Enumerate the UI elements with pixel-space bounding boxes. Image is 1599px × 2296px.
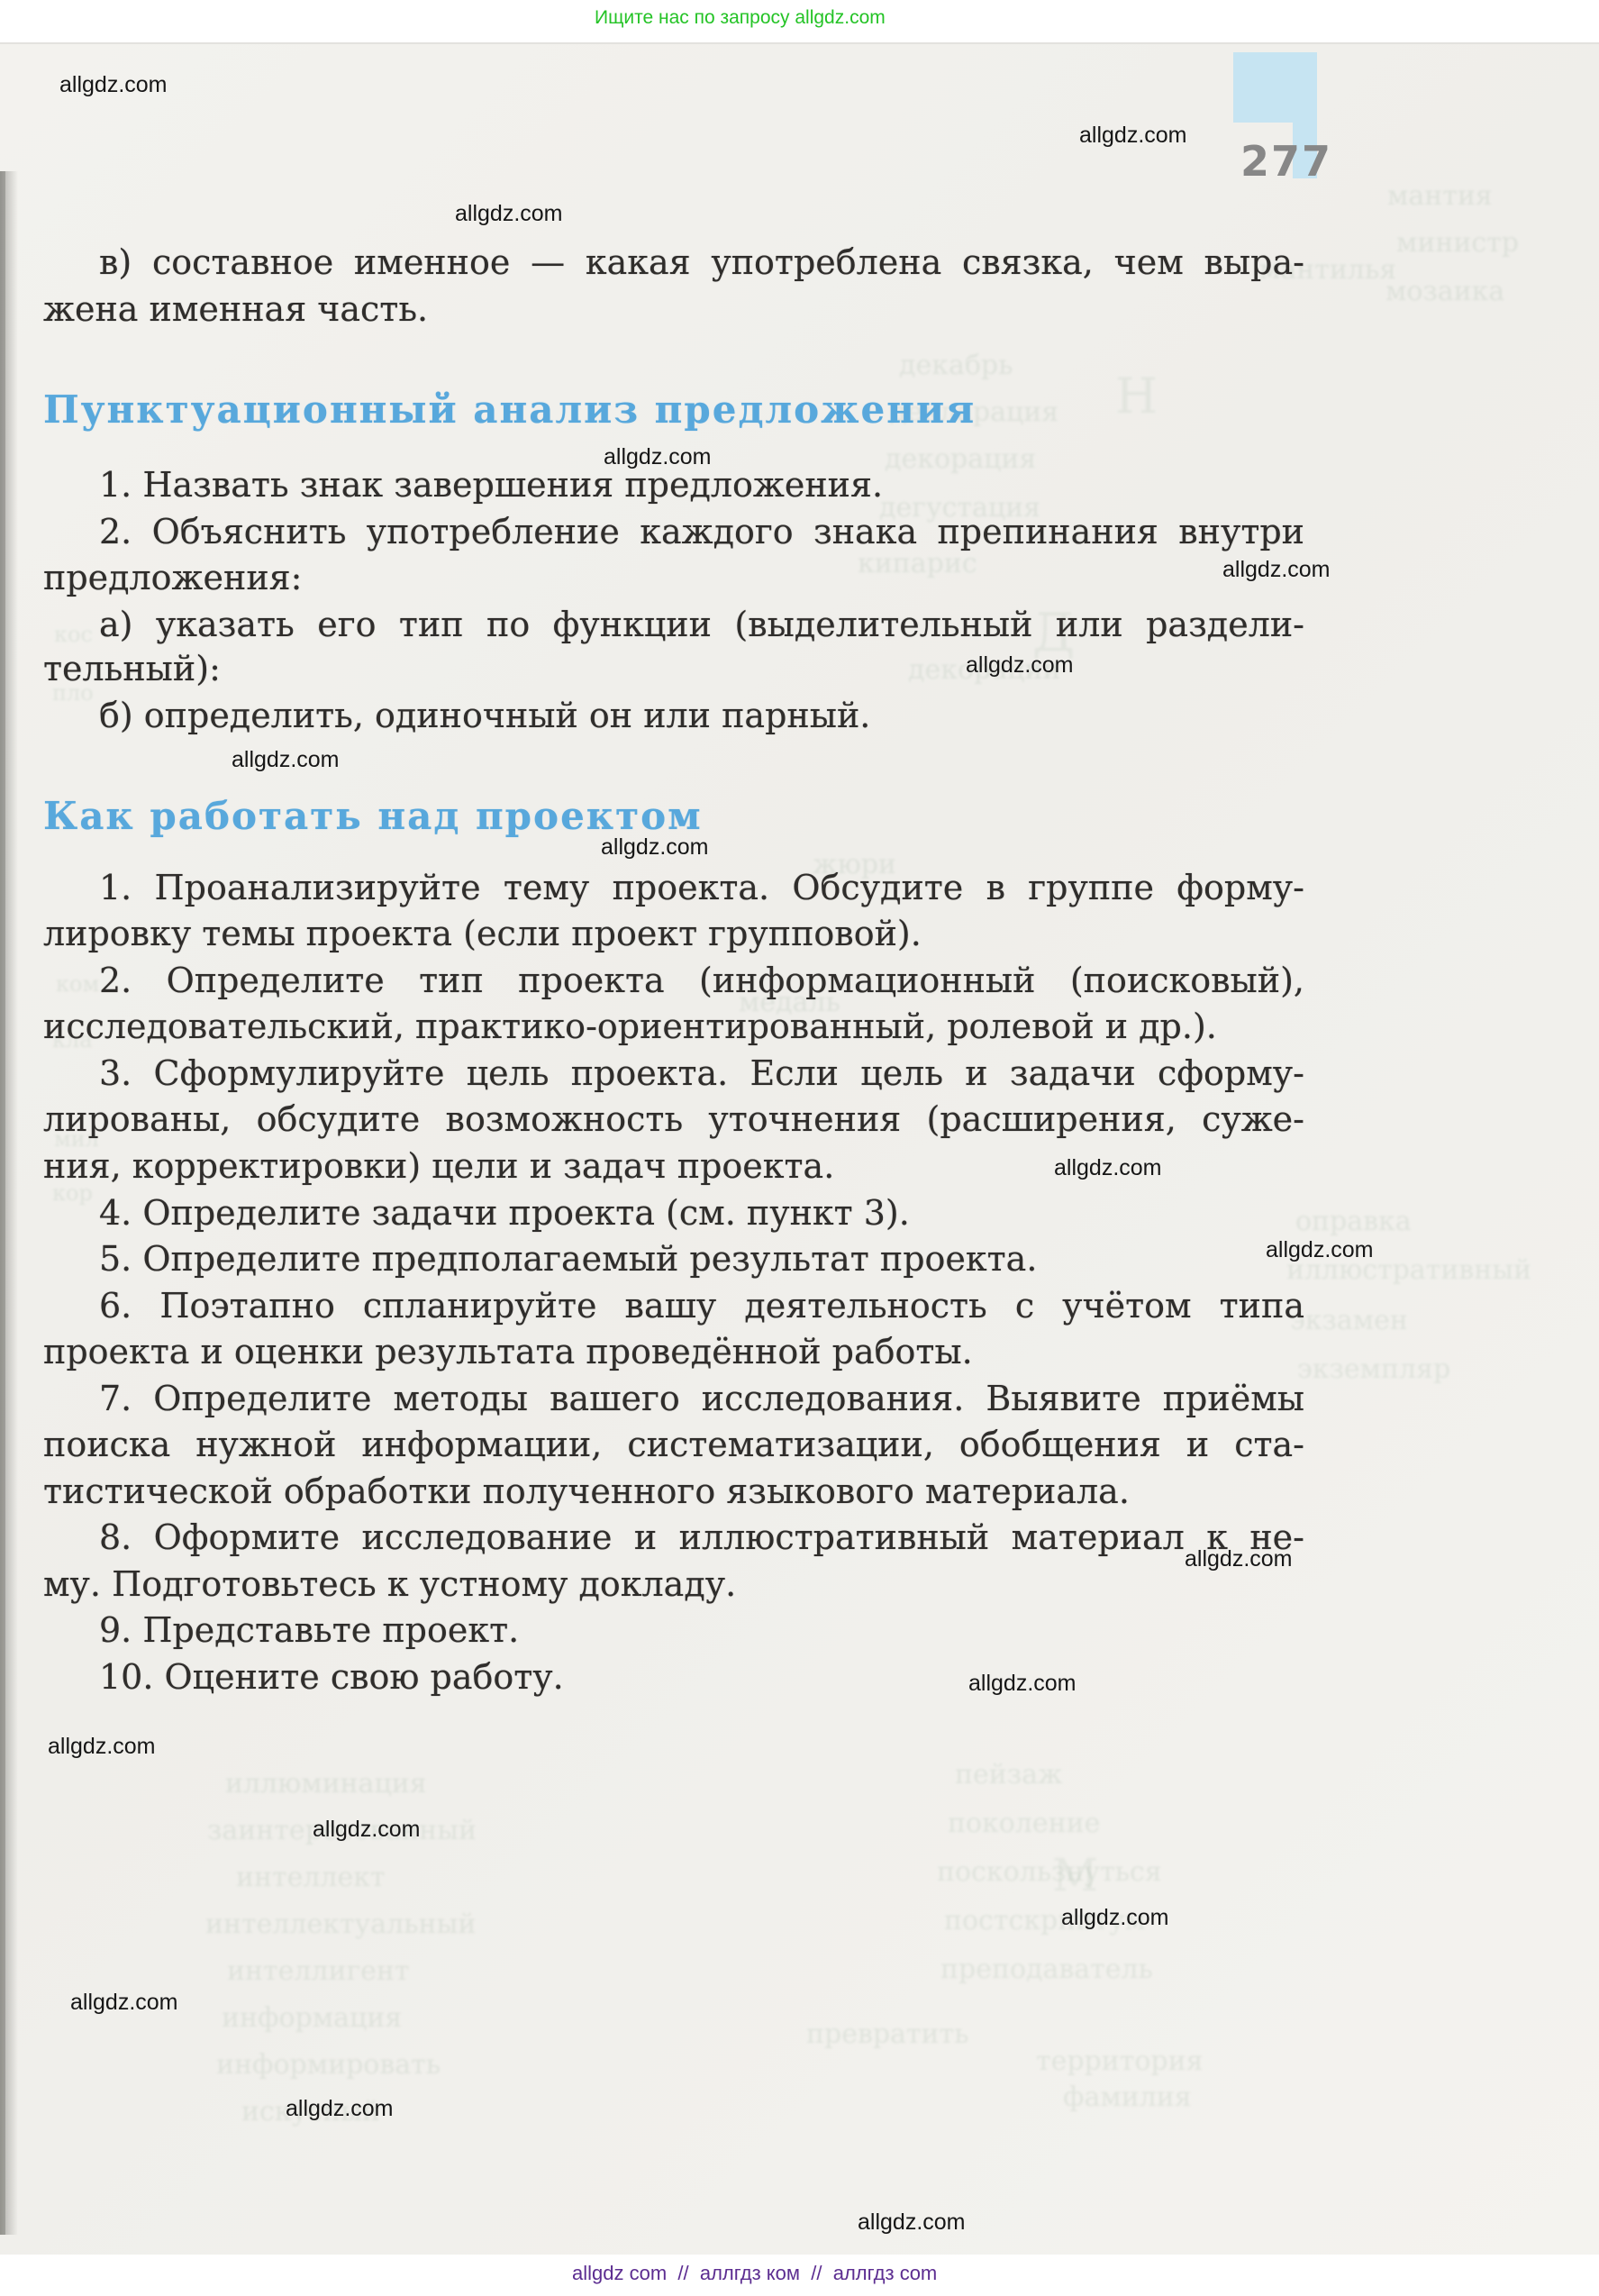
ghost-text: фамилия [1063, 2082, 1192, 2113]
text-line: 4. Определите задачи проекта (см. пункт … [43, 1190, 1304, 1235]
page-edge-line [0, 42, 1599, 44]
text-line: жена именная часть. [43, 287, 1304, 332]
watermark: allgdz.com [601, 834, 709, 861]
text-line: б) определить, одиночный он или парный. [43, 693, 1304, 738]
ghost-text: министр [1396, 227, 1519, 259]
watermark: allgdz.com [858, 2209, 966, 2236]
text-line: исследовательский, практико-ориентирован… [43, 1004, 1304, 1049]
watermark: allgdz.com [70, 1990, 178, 2016]
watermark: allgdz.com [1061, 1905, 1169, 1931]
text-line: а) указать его тип по функции (выделител… [43, 602, 1304, 647]
watermark: allgdz.com [1054, 1155, 1162, 1181]
text-line: тельный): [43, 646, 1304, 691]
page-number: 277 [1240, 137, 1313, 186]
ghost-text: поколение [948, 1808, 1100, 1839]
promo-header-text: Ищите нас по запросу allgdz.com [595, 7, 937, 29]
text-line: проекта и оценки результата проведённой … [43, 1329, 1304, 1374]
ghost-text: экземпляр [1297, 1353, 1450, 1385]
text-line: тистической обработки полученного языков… [43, 1469, 1304, 1514]
ghost-text: декабрь [899, 350, 1013, 381]
page-left-edge [0, 171, 5, 2235]
ghost-text: мантия [1387, 180, 1493, 212]
ghost-text: интеллектуальный [205, 1909, 476, 1940]
corner-decoration [1233, 52, 1317, 123]
section-heading-project: Как работать над проектом [43, 795, 1304, 838]
watermark: allgdz.com [1185, 1546, 1293, 1572]
ghost-text: М [1052, 1849, 1098, 1901]
ghost-text: иллюминация [225, 1768, 427, 1799]
text-line: 2. Объяснить употребление каждого знака … [43, 509, 1304, 554]
watermark: allgdz.com [1266, 1237, 1374, 1263]
watermark: allgdz.com [1079, 123, 1187, 149]
text-line: му. Подготовьтесь к устному докладу. [43, 1562, 1304, 1607]
text-line: 3. Сформулируйте цель проекта. Если цель… [43, 1051, 1304, 1096]
watermark: allgdz.com [59, 72, 168, 98]
ghost-text: интеллигент [227, 1955, 410, 1987]
ghost-text: мозаика [1385, 276, 1504, 307]
text-line: 6. Поэтапно спланируйте вашу деятельност… [43, 1283, 1304, 1328]
ghost-text: информировать [216, 2049, 441, 2081]
ghost-text: информация [222, 2002, 402, 2034]
text-line: лированы, обсудите возможность уточнения… [43, 1097, 1304, 1142]
footer-promo-text: allgdz com // аллгдз ком // аллгдз com [572, 2262, 937, 2285]
section-heading-punctuation: Пунктуационный анализ предложения [43, 388, 1304, 432]
text-line: 10. Оцените свою работу. [43, 1654, 1304, 1699]
watermark: allgdz.com [313, 1817, 421, 1843]
ghost-text: территория [1036, 2045, 1204, 2077]
watermark: allgdz.com [966, 652, 1074, 679]
watermark: allgdz.com [286, 2096, 394, 2122]
text-line: 5. Определите предполагаемый результат п… [43, 1236, 1304, 1281]
text-line: поиска нужной информации, систематизации… [43, 1422, 1304, 1467]
watermark: allgdz.com [48, 1734, 156, 1760]
ghost-text: оправка [1295, 1206, 1412, 1237]
ghost-text: интеллект [236, 1862, 386, 1893]
text-line: предложения: [43, 555, 1304, 600]
ghost-text: поскользнуться [937, 1856, 1162, 1888]
watermark: allgdz.com [455, 201, 563, 227]
watermark: allgdz.com [1222, 557, 1331, 583]
text-line: 7. Определите методы вашего исследования… [43, 1376, 1304, 1421]
ghost-text: преподаватель [940, 1954, 1153, 1985]
watermark: allgdz.com [232, 747, 340, 773]
text-line: 9. Представьте проект. [43, 1608, 1304, 1653]
ghost-text: превратить [806, 2018, 968, 2050]
text-line: в) составное именное — какая употреблена… [43, 240, 1304, 285]
ghost-text: пейзаж [955, 1759, 1063, 1790]
text-line: 1. Проанализируйте тему проекта. Обсудит… [43, 865, 1304, 910]
watermark: allgdz.com [604, 444, 712, 470]
text-line: 8. Оформите исследование и иллюстративны… [43, 1515, 1304, 1560]
text-line: 2. Определите тип проекта (информационны… [43, 958, 1304, 1003]
watermark: allgdz.com [968, 1671, 1077, 1697]
text-line: лировку темы проекта (если проект группо… [43, 911, 1304, 956]
ghost-text: экзамен [1290, 1305, 1408, 1336]
